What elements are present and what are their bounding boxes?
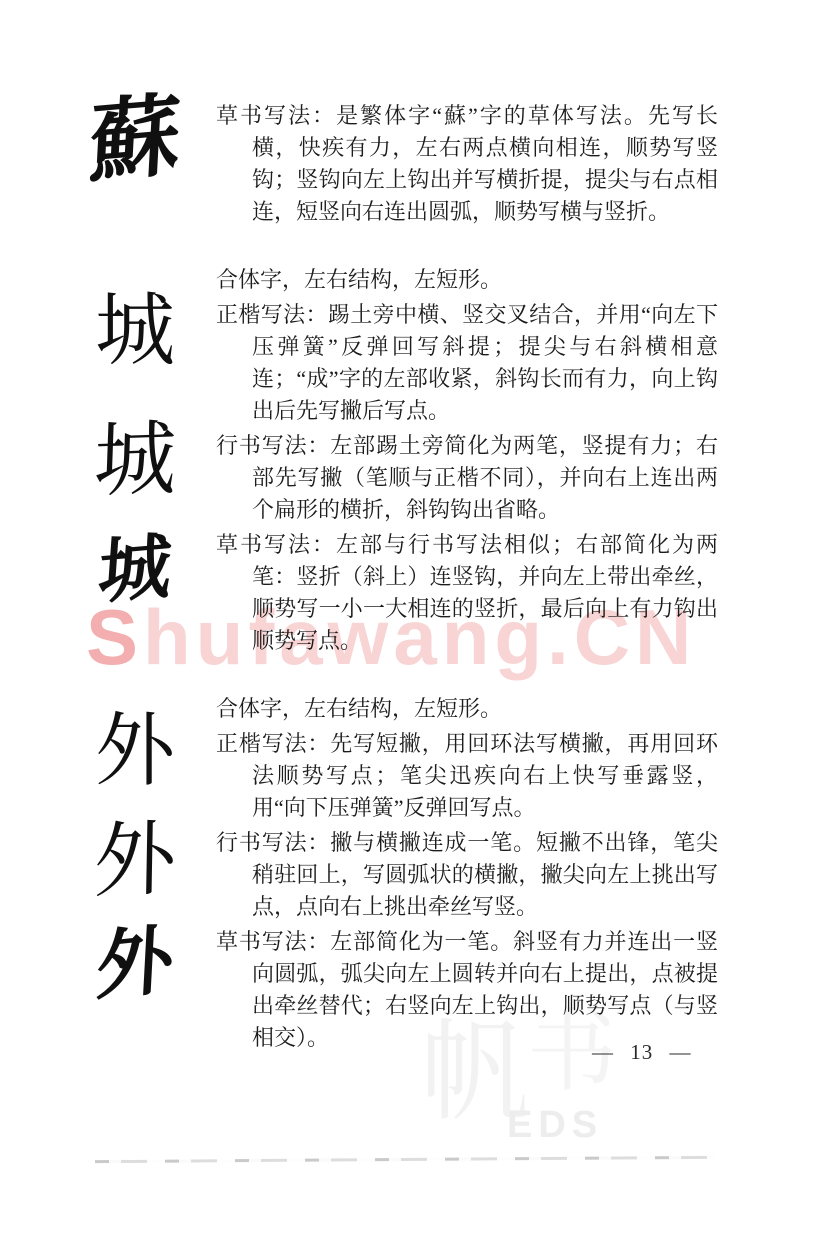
stamp-letters: EDS — [507, 1104, 603, 1147]
entry-cursive-su: 草书写法：是繁体字“蘇”字的草体写法。先写长横，快疾有力，左右两点横向相连，顺势… — [216, 100, 718, 228]
structure-intro: 合体字，左右结构，左短形。 — [216, 264, 718, 296]
structure-intro: 合体字，左右结构，左短形。 — [216, 693, 718, 725]
entry-label: 正楷写法： — [216, 302, 328, 327]
entry-cursive-wai: 草书写法：左部简化为一笔。斜竖有力并连出一竖向圆弧，弧尖向左上圆转并向右上提出，… — [216, 926, 718, 1054]
page-number: — 13 — — [592, 1040, 692, 1065]
calligraphy-char-su-cursive: 蘇 — [67, 91, 203, 192]
scan-artifact-line — [95, 1156, 715, 1163]
entry-label: 行书写法： — [216, 830, 330, 855]
entry-label: 行书写法： — [216, 433, 330, 458]
section-wai: 合体字，左右结构，左短形。 正楷写法：先写短撇，用回环法写横撇，再用回环法顺势写… — [216, 693, 718, 1054]
text-column: 草书写法：是繁体字“蘇”字的草体写法。先写长横，快疾有力，左右两点横向相连，顺势… — [216, 100, 718, 1057]
entry-regular-cheng: 正楷写法：踢土旁中横、竖交叉结合，并用“向左下压弹簧”反弹回写斜提；提尖与右斜横… — [216, 299, 718, 427]
calligraphy-char-cheng-cursive: 城 — [67, 528, 203, 611]
calligraphy-char-wai-cursive: 外 — [67, 919, 202, 1008]
entry-label: 草书写法： — [216, 929, 330, 954]
calligraphy-char-wai-running: 外 — [69, 817, 201, 906]
entry-running-cheng: 行书写法：左部踢土旁简化为两笔，竖提有力；右部先写撇（笔顺与正楷不同），并向右上… — [216, 430, 718, 526]
calligraphy-char-wai-regular: 外 — [70, 712, 200, 792]
scanned-book-page: Shufawang.CN 帆 书 EDS 蘇 城 城 城 外 外 外 草书写法：… — [0, 0, 816, 1235]
entry-label: 正楷写法： — [216, 731, 330, 756]
section-su: 草书写法：是繁体字“蘇”字的草体写法。先写长横，快疾有力，左右两点横向相连，顺势… — [216, 100, 718, 228]
entry-running-wai: 行书写法：撇与横撇连成一笔。短撇不出锋，笔尖稍驻回上，写圆弧状的横撇，撇尖向左上… — [216, 827, 718, 923]
section-cheng: 合体字，左右结构，左短形。 正楷写法：踢土旁中横、竖交叉结合，并用“向左下压弹簧… — [216, 264, 718, 657]
calligraphy-char-cheng-regular: 城 — [70, 292, 200, 372]
entry-label: 草书写法： — [216, 532, 336, 557]
entry-cursive-cheng: 草书写法：左部与行书写法相似；右部简化为两笔：竖折（斜上）连竖钩，并向左上带出牵… — [216, 529, 718, 657]
calligraphy-char-cheng-running: 城 — [68, 418, 201, 504]
entry-label: 草书写法： — [216, 103, 336, 128]
entry-regular-wai: 正楷写法：先写短撇，用回环法写横撇，再用回环法顺势写点；笔尖迅疾向右上快写垂露竖… — [216, 728, 718, 824]
